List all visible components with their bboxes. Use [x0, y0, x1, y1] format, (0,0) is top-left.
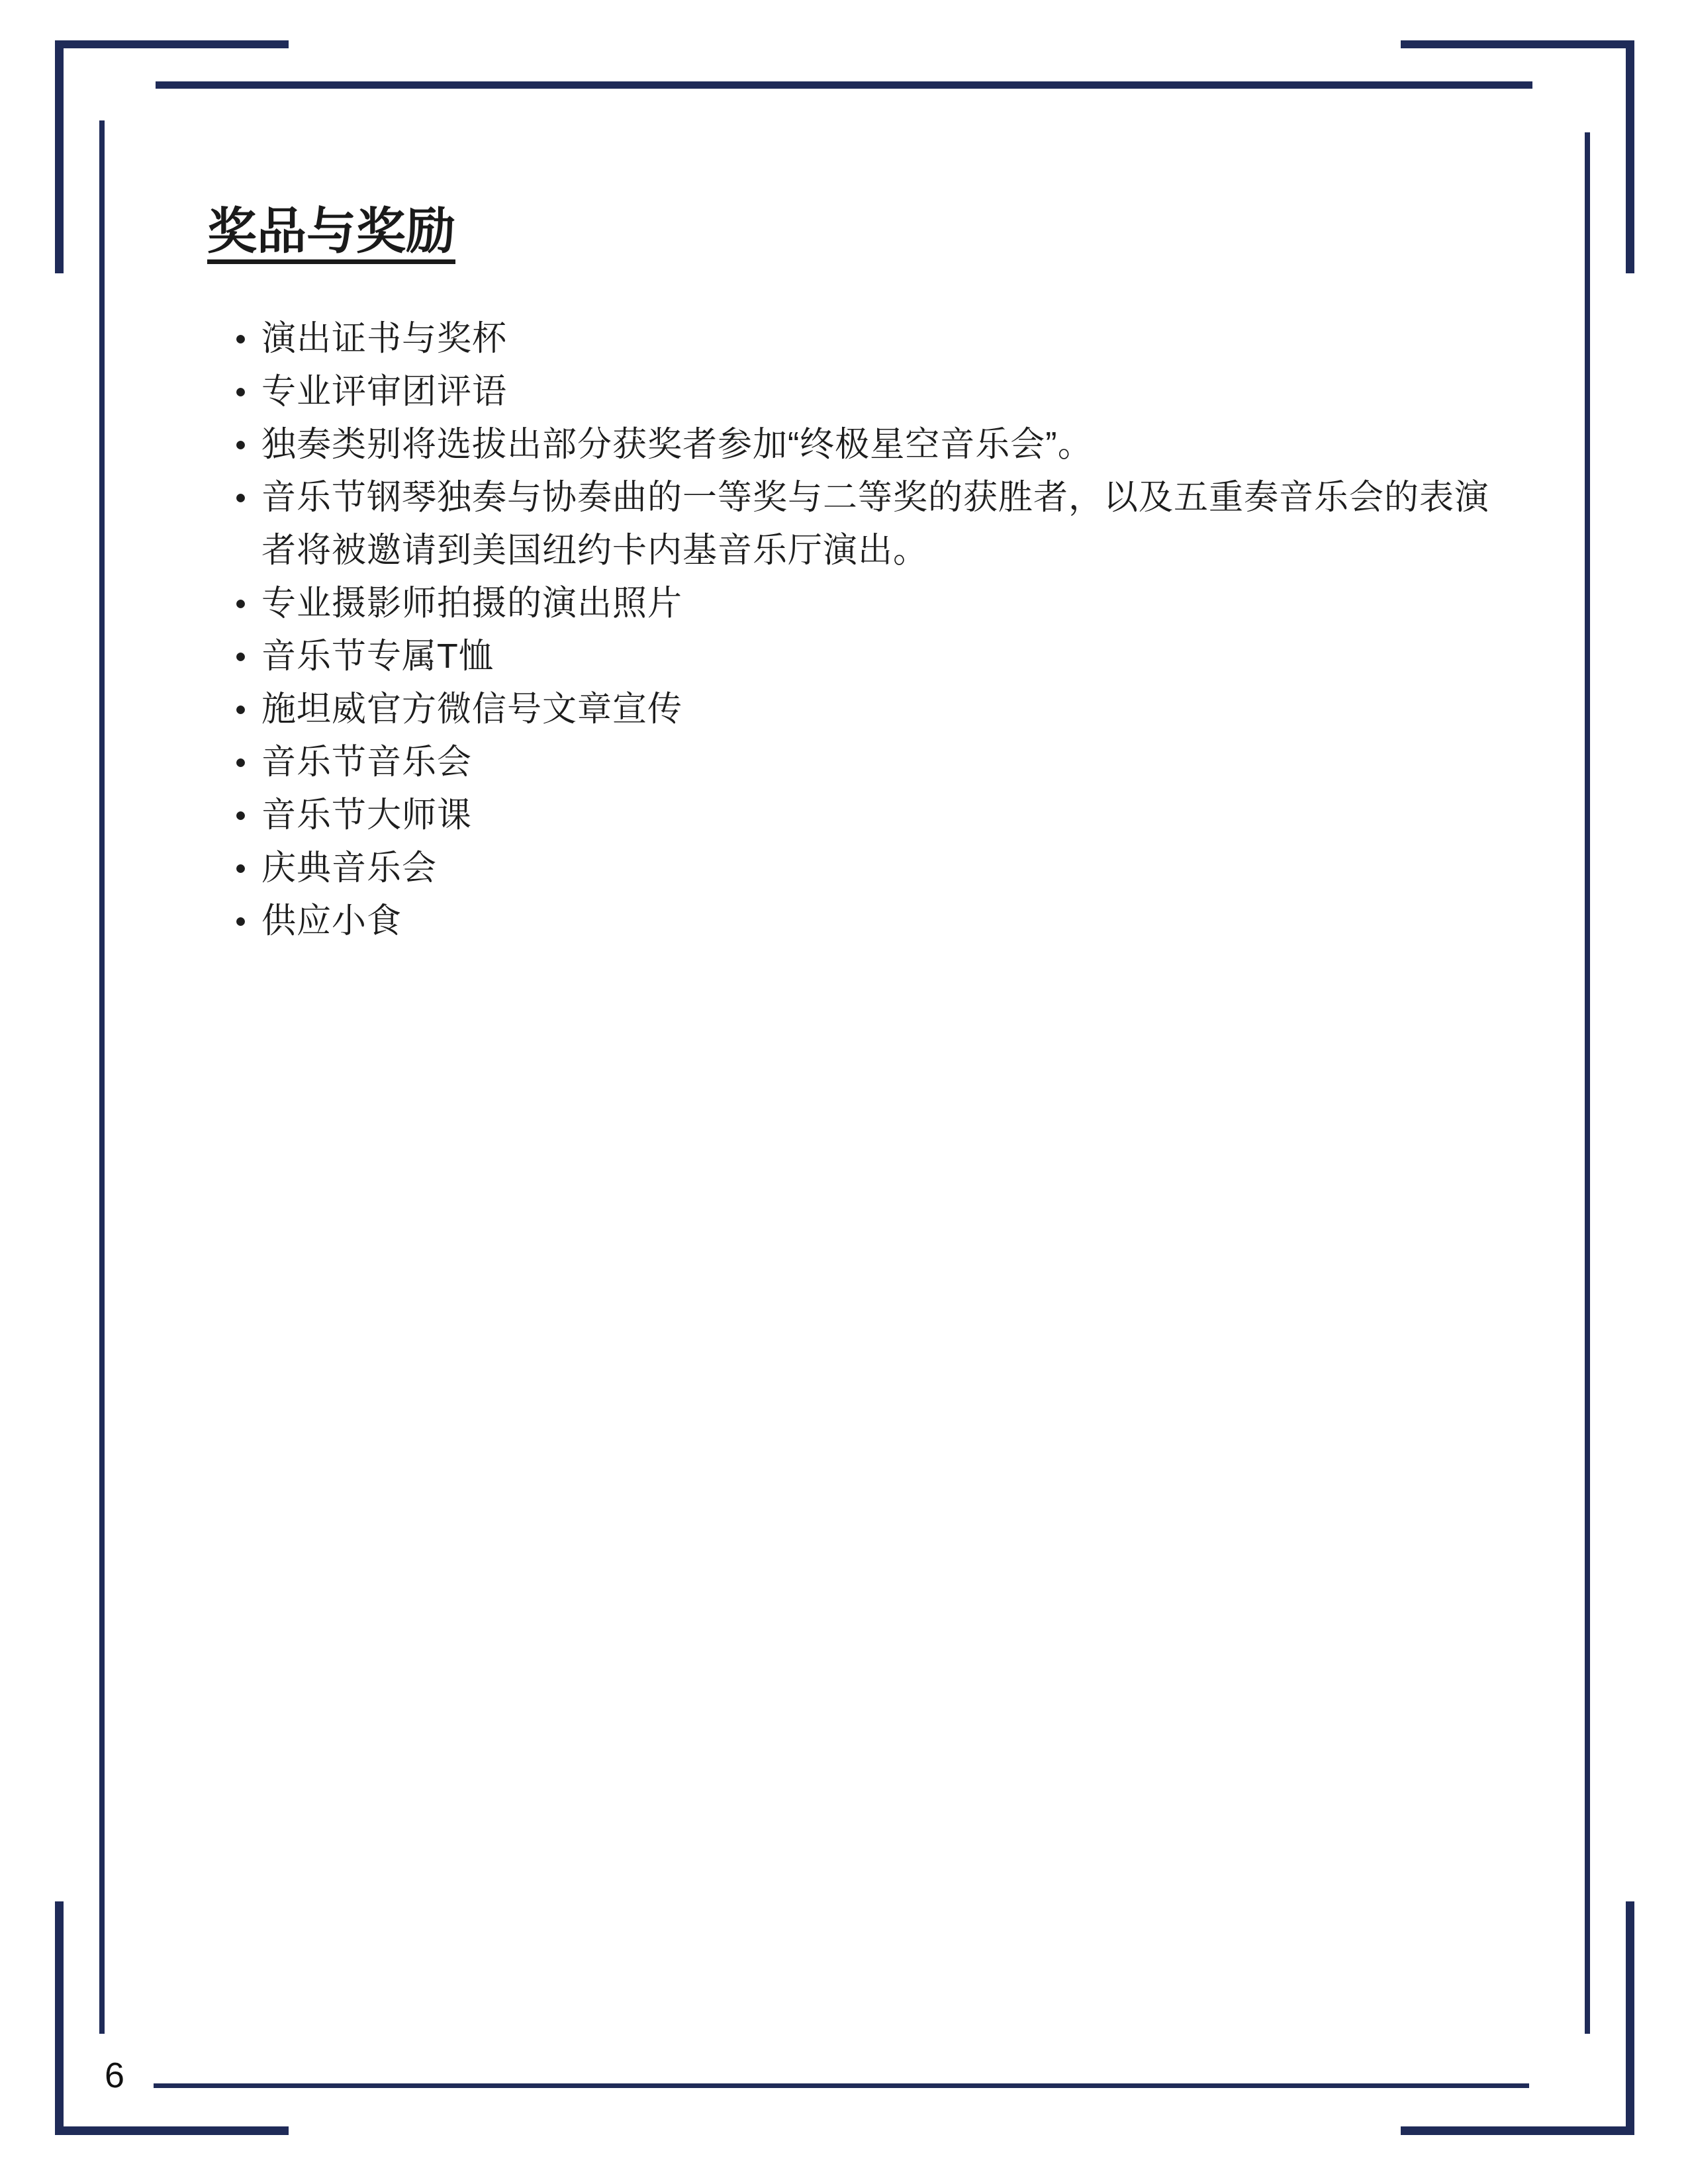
prize-list-item: 音乐节钢琴独奏与协奏曲的一等奖与二等奖的获胜者，以及五重奏音乐会的表演 者将被邀…	[235, 471, 1546, 577]
prize-list-item: 音乐节大师课	[235, 789, 1546, 842]
prize-list-item: 音乐节音乐会	[235, 736, 1546, 789]
left-margin-line	[99, 120, 105, 2034]
prize-list-item: 供应小食	[235, 895, 1546, 948]
top-rule-line	[156, 81, 1532, 89]
prize-list-item: 施坦威官方微信号文章宣传	[235, 683, 1546, 736]
prize-list-item: 音乐节专属T恤	[235, 630, 1546, 683]
document-page: 6 奖品与奖励 演出证书与奖杯专业评审团评语独奏类别将选拔出部分获奖者参加“终极…	[0, 0, 1688, 2184]
corner-bracket-bottom-left	[55, 1901, 289, 2135]
corner-bracket-bottom-right	[1401, 1901, 1634, 2135]
prize-list-item: 专业摄影师拍摄的演出照片	[235, 577, 1546, 630]
prize-list-item: 专业评审团评语	[235, 365, 1546, 418]
footer-rule-line	[154, 2083, 1529, 2088]
prize-list-item: 庆典音乐会	[235, 842, 1546, 895]
right-margin-line	[1585, 132, 1590, 2034]
prize-list-item: 演出证书与奖杯	[235, 312, 1546, 365]
page-number: 6	[105, 2056, 124, 2095]
prize-list: 演出证书与奖杯专业评审团评语独奏类别将选拔出部分获奖者参加“终极星空音乐会”。音…	[235, 312, 1546, 948]
prize-list-item: 独奏类别将选拔出部分获奖者参加“终极星空音乐会”。	[235, 418, 1546, 471]
page-title: 奖品与奖励	[207, 205, 455, 264]
corner-bracket-top-right	[1401, 40, 1634, 273]
